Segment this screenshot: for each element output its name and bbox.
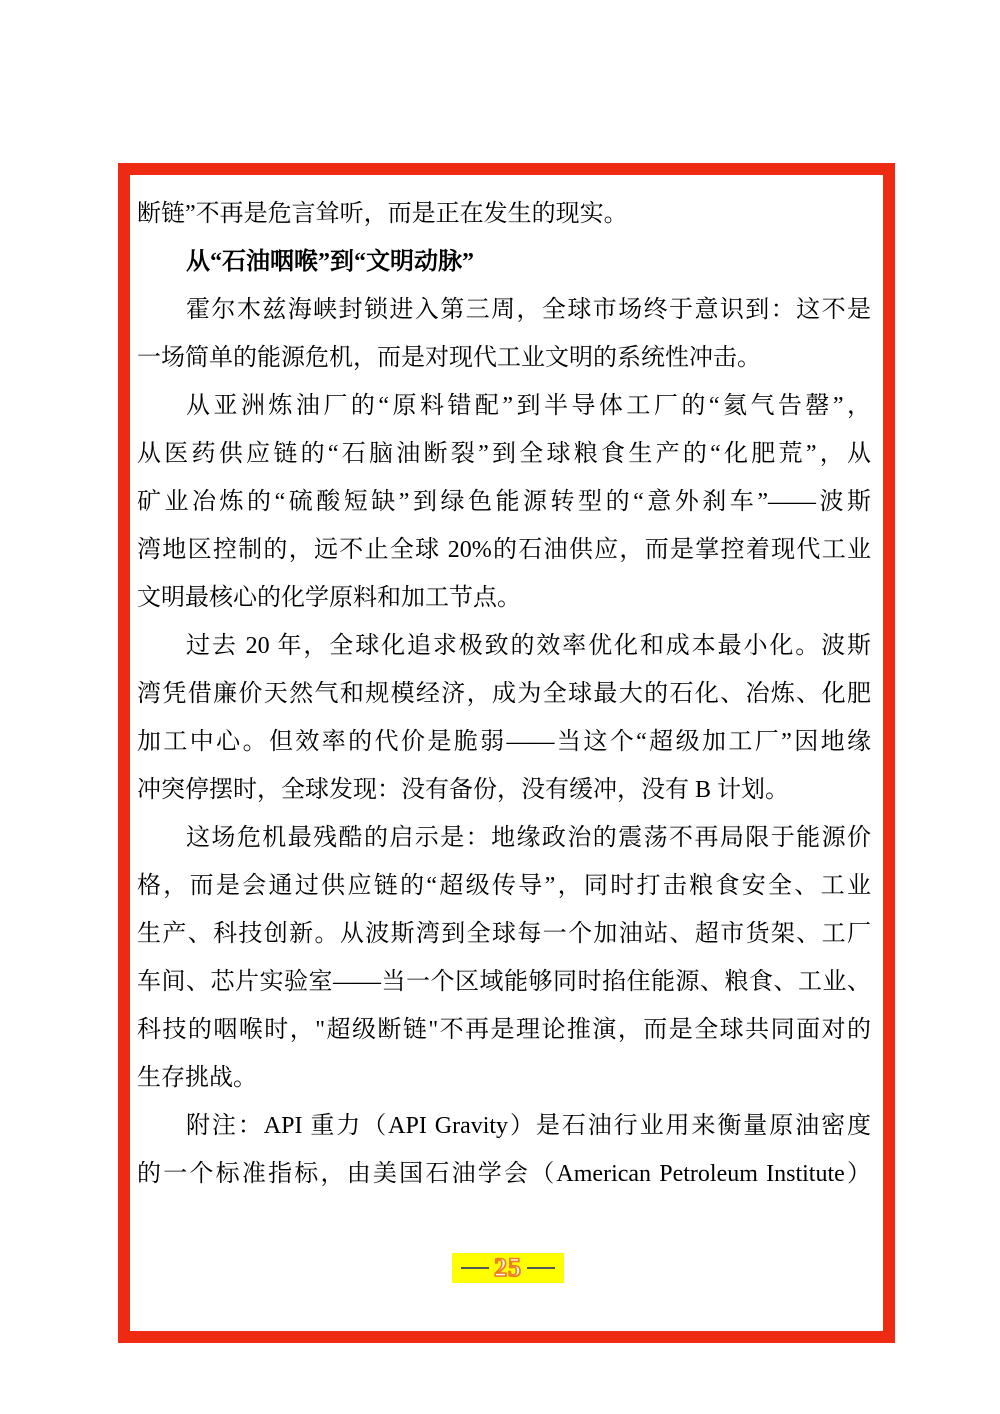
text-line: 湾凭借廉价天然气和规模经济，成为全球最大的石化、冶炼、化肥 — [137, 670, 871, 718]
text-line: 的一个标准指标，由美国石油学会（American Petroleum Insti… — [137, 1150, 871, 1198]
footer-dash-right-icon — [527, 1267, 555, 1269]
page-border-frame: 断链”不再是危言耸听，而是正在发生的现实。从“石油咽喉”到“文明动脉”霍尔木兹海… — [118, 163, 895, 1343]
document-page: 断链”不再是危言耸听，而是正在发生的现实。从“石油咽喉”到“文明动脉”霍尔木兹海… — [0, 0, 1000, 1414]
text-line: 湾地区控制的，远不止全球 20%的石油供应，而是掌控着现代工业 — [137, 526, 871, 574]
page-footer: 25 — [452, 1253, 564, 1283]
text-line: 生产、科技创新。从波斯湾到全球每一个加油站、超市货架、工厂 — [137, 910, 871, 958]
text-line: 矿业冶炼的“硫酸短缺”到绿色能源转型的“意外刹车”——波斯 — [137, 478, 871, 526]
text-line: 冲突停摆时，全球发现：没有备份，没有缓冲，没有 B 计划。 — [137, 766, 871, 814]
text-line: 科技的咽喉时，"超级断链"不再是理论推演，而是全球共同面对的 — [137, 1006, 871, 1054]
section-heading: 从“石油咽喉”到“文明动脉” — [137, 238, 871, 286]
text-line: 这场危机最残酷的启示是：地缘政治的震荡不再局限于能源价 — [137, 814, 871, 862]
page-number: 25 — [494, 1253, 522, 1283]
text-line: 霍尔木兹海峡封锁进入第三周，全球市场终于意识到：这不是 — [137, 286, 871, 334]
text-line: 一场简单的能源危机，而是对现代工业文明的系统性冲击。 — [137, 334, 871, 382]
text-line: 从亚洲炼油厂的“原料错配”到半导体工厂的“氦气告罄”， — [137, 382, 871, 430]
text-line: 过去 20 年，全球化追求极致的效率优化和成本最小化。波斯 — [137, 622, 871, 670]
text-line: 生存挑战。 — [137, 1054, 871, 1102]
text-area: 断链”不再是危言耸听，而是正在发生的现实。从“石油咽喉”到“文明动脉”霍尔木兹海… — [137, 190, 871, 1198]
text-line: 从医药供应链的“石脑油断裂”到全球粮食生产的“化肥荒”，从 — [137, 430, 871, 478]
text-line: 格，而是会通过供应链的“超级传导”，同时打击粮食安全、工业 — [137, 862, 871, 910]
text-line: 断链”不再是危言耸听，而是正在发生的现实。 — [137, 190, 871, 238]
text-line: 加工中心。但效率的代价是脆弱——当这个“超级加工厂”因地缘 — [137, 718, 871, 766]
text-line: 车间、芯片实验室——当一个区域能够同时掐住能源、粮食、工业、 — [137, 958, 871, 1006]
text-line: 文明最核心的化学原料和加工节点。 — [137, 574, 871, 622]
footer-dash-left-icon — [461, 1267, 489, 1269]
text-line: 附注：API 重力（API Gravity）是石油行业用来衡量原油密度 — [137, 1102, 871, 1150]
